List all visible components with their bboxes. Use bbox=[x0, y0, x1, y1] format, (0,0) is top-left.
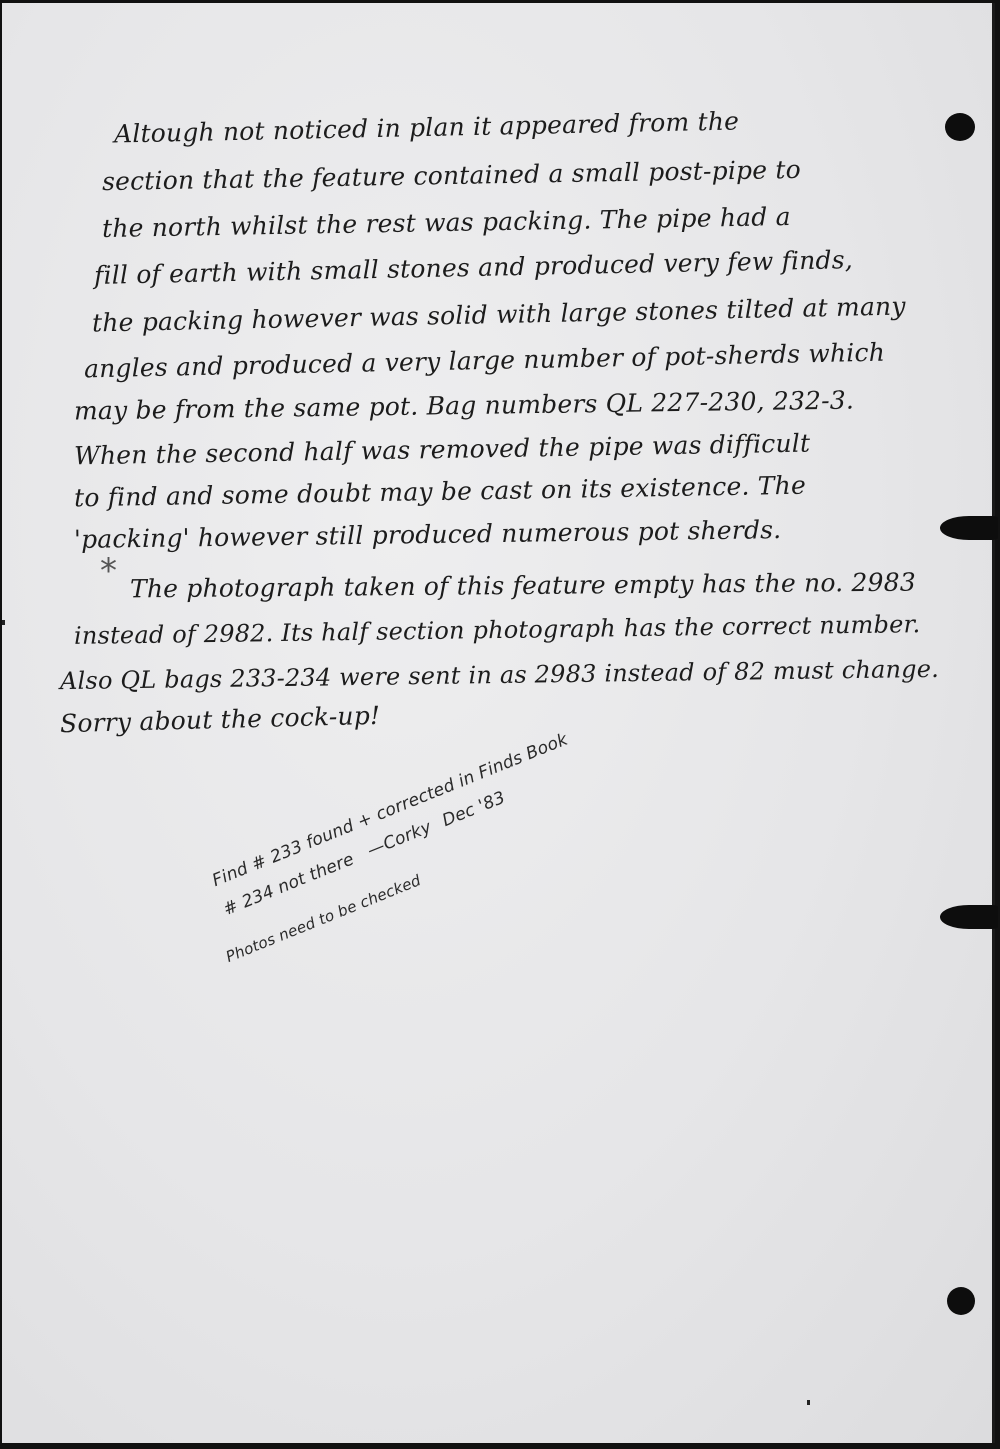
paragraph-2-line-1: The photograph taken of this feature emp… bbox=[130, 568, 916, 604]
punch-hole-bottom bbox=[947, 1287, 975, 1315]
paragraph-1-line-3: the north whilst the rest was packing. T… bbox=[102, 202, 791, 243]
paragraph-1-line-2: section that the feature contained a sma… bbox=[102, 155, 801, 196]
paragraph-2-line-3: Also QL bags 233-234 were sent in as 298… bbox=[60, 655, 939, 695]
scan-speck bbox=[2, 620, 5, 625]
punch-hole-lower-middle bbox=[940, 905, 998, 929]
paragraph-1-line-6: angles and produced a very large number … bbox=[84, 338, 885, 384]
scan-speck bbox=[807, 1400, 810, 1405]
paragraph-2-line-4: Sorry about the cock-up! bbox=[60, 701, 381, 738]
annotation-finds-corrected: Find # 233 found + corrected in Finds Bo… bbox=[210, 730, 571, 891]
scanned-page: Altough not noticed in plan it appeared … bbox=[2, 3, 995, 1443]
paragraph-1-line-10: 'packing' however still produced numerou… bbox=[74, 515, 782, 554]
asterisk-mark: * bbox=[100, 551, 117, 591]
punch-hole-upper-middle bbox=[940, 516, 998, 540]
paragraph-2-line-2: instead of 2982. Its half section photog… bbox=[74, 610, 921, 650]
punch-hole-top bbox=[945, 113, 975, 141]
paragraph-1-line-8: When the second half was removed the pip… bbox=[74, 429, 811, 471]
paragraph-1-line-1: Altough not noticed in plan it appeared … bbox=[114, 106, 740, 148]
paragraph-1-line-5: the packing however was solid with large… bbox=[92, 291, 906, 337]
paragraph-1-line-4: fill of earth with small stones and prod… bbox=[94, 245, 853, 290]
annotation-photos-check: Photos need to be checked bbox=[223, 871, 423, 966]
paragraph-1-line-9: to find and some doubt may be cast on it… bbox=[74, 471, 806, 513]
paragraph-1-line-7: may be from the same pot. Bag numbers QL… bbox=[74, 386, 854, 426]
